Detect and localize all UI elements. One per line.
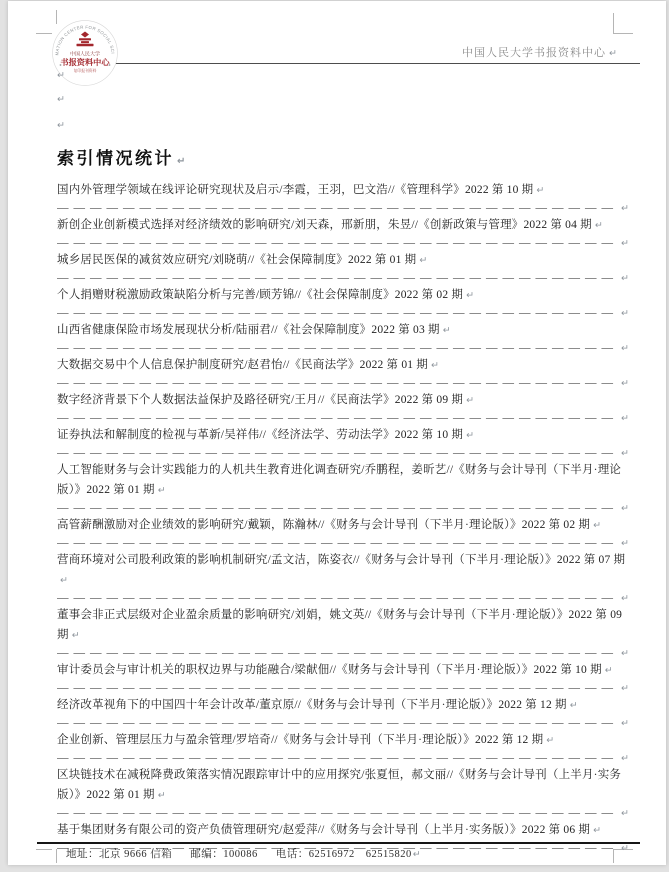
entry-text: 区块链技术在减税降费政策落实情况跟踪审计中的应用探究/张夏恒，郝文丽//《财务与… (57, 769, 621, 801)
separator-dashes: —————————————————————————————————— (57, 237, 618, 249)
crop-mark-top-left-h (36, 33, 52, 34)
document-page: 中国人民大学书报资料中心↵ INFORMATION CENTER FOR SOC… (8, 1, 666, 865)
entry-text: 营商环境对公司股利政策的影响机制研究/孟文洁，陈姿衣//《财务与会计导刊（下半月… (57, 554, 625, 566)
entry-text: 数字经济背景下个人数据法益保护及路径研究/王月//《民商法学》2022 第 09… (57, 394, 463, 406)
index-entry: 人工智能财务与会计实践能力的人机共生教育进化调查研究/乔鹏程，姜昕艺//《财务与… (57, 460, 631, 501)
seal-center-name: 书报资料中心 (60, 57, 110, 67)
paragraph-mark-icon: ↵ (621, 203, 629, 214)
crop-mark-bottom-left-h (36, 849, 52, 850)
entry-separator: ——————————————————————————————————↵ (57, 536, 631, 550)
entry-separator: ——————————————————————————————————↵ (57, 591, 631, 605)
header-rule (57, 63, 640, 64)
index-entry: 审计委员会与审计机关的职权边界与功能融合/梁献佃//《财务与会计导刊（下半月·理… (57, 660, 631, 681)
footer-phone: 电话：62516972 62515820 (276, 849, 412, 860)
index-entry: 山西省健康保险市场发展现状分析/陆丽君//《社会保障制度》2022 第 03 期… (57, 320, 631, 341)
entry-separator: ——————————————————————————————————↵ (57, 751, 631, 765)
index-entry: 数字经济背景下个人数据法益保护及路径研究/王月//《民商法学》2022 第 09… (57, 390, 631, 411)
separator-dashes: —————————————————————————————————— (57, 647, 618, 659)
paragraph-mark-icon: ↵ (621, 343, 629, 354)
entry-separator: ——————————————————————————————————↵ (57, 646, 631, 660)
paragraph-mark-icon: ↵ (72, 630, 80, 641)
index-entry: 个人捐赠财税激励政策缺陷分析与完善/顾芳锦//《社会保障制度》2022 第 02… (57, 285, 631, 306)
paragraph-mark-icon: ↵ (621, 808, 629, 819)
separator-dashes: —————————————————————————————————— (57, 377, 618, 389)
footer-postcode: 邮编：100086 (190, 849, 258, 860)
index-entry: 基于集团财务有限公司的资产负债管理研究/赵爱萍//《财务与会计导刊（上半月·实务… (57, 820, 631, 841)
entry-separator: ——————————————————————————————————↵ (57, 716, 631, 730)
entry-separator: ——————————————————————————————————↵ (57, 806, 631, 820)
entry-text: 大数据交易中个人信息保护制度研究/赵君怡//《民商法学》2022 第 01 期 (57, 359, 428, 371)
paragraph-mark-icon: ↵ (177, 156, 185, 167)
paragraph-mark-icon: ↵ (158, 485, 166, 496)
paragraph-mark-icon: ↵ (621, 593, 629, 604)
separator-dashes: —————————————————————————————————— (57, 592, 618, 604)
paragraph-mark-icon: ↵ (60, 575, 68, 586)
paragraph-mark-icon: ↵ (158, 790, 166, 801)
header-org-name: 中国人民大学书报资料中心↵ (67, 44, 617, 60)
paragraph-mark-icon: ↵ (621, 413, 629, 424)
entry-separator: ——————————————————————————————————↵ (57, 341, 631, 355)
paragraph-mark-icon: ↵ (621, 683, 629, 694)
paragraph-mark-icon: ↵ (466, 430, 474, 441)
paragraph-mark-icon: ↵ (621, 648, 629, 659)
entry-separator: ——————————————————————————————————↵ (57, 411, 631, 425)
entry-text: 高管薪酬激励对企业绩效的影响研究/戴颖，陈瀚林//《财务与会计导刊（下半月·理论… (57, 519, 590, 531)
paragraph-mark-icon: ↵ (605, 665, 613, 676)
separator-dashes: —————————————————————————————————— (57, 307, 618, 319)
crop-mark-top-right-h (613, 33, 633, 34)
paragraph-mark-icon: ↵ (621, 238, 629, 249)
index-entry: 国内外管理学领域在线评论研究现状及启示/李霞，王羽，巴文浩//《管理科学》202… (57, 180, 631, 201)
paragraph-mark-icon: ↵ (57, 94, 65, 105)
entry-separator: ——————————————————————————————————↵ (57, 681, 631, 695)
paragraph-mark-icon: ↵ (443, 325, 451, 336)
index-entry: 营商环境对公司股利政策的影响机制研究/孟文洁，陈姿衣//《财务与会计导刊（下半月… (57, 550, 631, 591)
entry-text: 城乡居民医保的减贫效应研究/刘晓萌//《社会保障制度》2022 第 01 期 (57, 254, 416, 266)
separator-dashes: —————————————————————————————————— (57, 717, 618, 729)
paragraph-mark-icon: ↵ (431, 360, 439, 371)
paragraph-mark-icon: ↵ (419, 255, 427, 266)
paragraph-mark-icon: ↵ (413, 849, 421, 860)
index-entry: 董事会非正式层级对企业盈余质量的影响研究/刘娟，姚文英//《财务与会计导刊（下半… (57, 605, 631, 646)
entry-text: 个人捐赠财税激励政策缺陷分析与完善/顾芳锦//《社会保障制度》2022 第 02… (57, 289, 463, 301)
entry-separator: ——————————————————————————————————↵ (57, 376, 631, 390)
page-title-text: 索引情况统计 (57, 149, 174, 168)
header-org-name-text: 中国人民大学书报资料中心 (462, 47, 606, 59)
footer-contact-info: 地址：北京 9666 信箱邮编：100086电话：62516972 625158… (66, 846, 640, 861)
index-entry: 城乡居民医保的减贫效应研究/刘晓萌//《社会保障制度》2022 第 01 期↵ (57, 250, 631, 271)
entry-text: 经济改革视角下的中国四十年会计改革/董京原//《财务与会计导刊（下半月·理论版）… (57, 699, 567, 711)
separator-dashes: —————————————————————————————————— (57, 342, 618, 354)
entry-text: 董事会非正式层级对企业盈余质量的影响研究/刘娟，姚文英//《财务与会计导刊（下半… (57, 609, 622, 641)
paragraph-mark-icon: ↵ (621, 538, 629, 549)
index-entry: 大数据交易中个人信息保护制度研究/赵君怡//《民商法学》2022 第 01 期↵ (57, 355, 631, 376)
paragraph-mark-icon: ↵ (57, 70, 65, 81)
paragraph-mark-icon: ↵ (621, 718, 629, 729)
paragraph-mark-icon: ↵ (593, 520, 601, 531)
separator-dashes: —————————————————————————————————— (57, 682, 618, 694)
entry-text: 审计委员会与审计机关的职权边界与功能融合/梁献佃//《财务与会计导刊（下半月·理… (57, 664, 602, 676)
empty-paragraph: ↵ (57, 118, 631, 144)
footer-rule (37, 842, 640, 844)
paragraph-mark-icon: ↵ (609, 48, 617, 59)
entry-separator: ——————————————————————————————————↵ (57, 446, 631, 460)
crop-mark-top-right-v (613, 13, 614, 34)
index-entry: 新创企业创新模式选择对经济绩效的影响研究/刘天森，邢新朋，朱昱//《创新政策与管… (57, 215, 631, 236)
page-title: 索引情况统计↵ (57, 144, 631, 180)
entry-separator: ——————————————————————————————————↵ (57, 306, 631, 320)
paragraph-mark-icon: ↵ (595, 220, 603, 231)
index-entry: 经济改革视角下的中国四十年会计改革/董京原//《财务与会计导刊（下半月·理论版）… (57, 695, 631, 716)
separator-dashes: —————————————————————————————————— (57, 447, 618, 459)
separator-dashes: —————————————————————————————————— (57, 272, 618, 284)
paragraph-mark-icon: ↵ (621, 308, 629, 319)
entry-text: 国内外管理学领域在线评论研究现状及启示/李霞，王羽，巴文浩//《管理科学》202… (57, 184, 533, 196)
paragraph-mark-icon: ↵ (621, 378, 629, 389)
entry-text: 基于集团财务有限公司的资产负债管理研究/赵爱萍//《财务与会计导刊（上半月·实务… (57, 824, 590, 836)
entry-text: 新创企业创新模式选择对经济绩效的影响研究/刘天森，邢新朋，朱昱//《创新政策与管… (57, 219, 592, 231)
separator-dashes: —————————————————————————————————— (57, 537, 618, 549)
document-page-background: { "header": { "org_name": "中国人民大学书报资料中心"… (0, 0, 669, 872)
entry-text: 人工智能财务与会计实践能力的人机共生教育进化调查研究/乔鹏程，姜昕艺//《财务与… (57, 464, 621, 496)
index-entry: 高管薪酬激励对企业绩效的影响研究/戴颖，陈瀚林//《财务与会计导刊（下半月·理论… (57, 515, 631, 536)
paragraph-mark-icon: ↵ (546, 735, 554, 746)
paragraph-mark-icon: ↵ (466, 290, 474, 301)
entry-separator: ——————————————————————————————————↵ (57, 501, 631, 515)
entry-text: 企业创新、管理层压力与盈余管理/罗培奇//《财务与会计导刊（下半月·理论版）》2… (57, 734, 543, 746)
paragraph-mark-icon: ↵ (621, 448, 629, 459)
separator-dashes: —————————————————————————————————— (57, 202, 618, 214)
paragraph-mark-icon: ↵ (570, 700, 578, 711)
footer-address: 地址：北京 9666 信箱 (66, 849, 172, 860)
entry-separator: ——————————————————————————————————↵ (57, 271, 631, 285)
paragraph-mark-icon: ↵ (593, 825, 601, 836)
seal-university-name: 中国人民大学 (70, 51, 100, 58)
paragraph-mark-icon: ↵ (466, 395, 474, 406)
separator-dashes: —————————————————————————————————— (57, 412, 618, 424)
separator-dashes: —————————————————————————————————— (57, 752, 618, 764)
document-body: ↵ ↵ ↵ 索引情况统计↵ 国内外管理学领域在线评论研究现状及启示/李霞，王羽，… (57, 68, 631, 855)
index-entry: 企业创新、管理层压力与盈余管理/罗培奇//《财务与会计导刊（下半月·理论版）》2… (57, 730, 631, 751)
separator-dashes: —————————————————————————————————— (57, 807, 618, 819)
paragraph-mark-icon: ↵ (57, 120, 65, 131)
entry-separator: ——————————————————————————————————↵ (57, 236, 631, 250)
separator-dashes: —————————————————————————————————— (57, 502, 618, 514)
paragraph-mark-icon: ↵ (536, 185, 544, 196)
index-entry: 区块链技术在减税降费政策落实情况跟踪审计中的应用探究/张夏恒，郝文丽//《财务与… (57, 765, 631, 806)
entry-separator: ——————————————————————————————————↵ (57, 201, 631, 215)
empty-paragraph: ↵ (57, 68, 631, 92)
entry-text: 山西省健康保险市场发展现状分析/陆丽君//《社会保障制度》2022 第 03 期 (57, 324, 440, 336)
empty-paragraph: ↵ (57, 92, 631, 118)
paragraph-mark-icon: ↵ (621, 753, 629, 764)
paragraph-mark-icon: ↵ (621, 503, 629, 514)
entry-text: 证券执法和解制度的检视与革新/吴祥伟//《经济法学、劳动法学》2022 第 10… (57, 429, 463, 441)
paragraph-mark-icon: ↵ (621, 273, 629, 284)
index-entry: 证券执法和解制度的检视与革新/吴祥伟//《经济法学、劳动法学》2022 第 10… (57, 425, 631, 446)
